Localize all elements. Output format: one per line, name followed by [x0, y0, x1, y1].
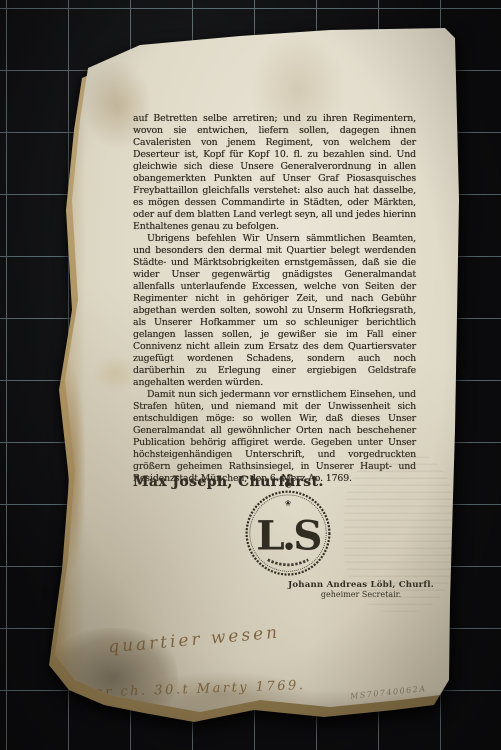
photo-stage: auf Betretten selbe arretiren; und zu ih… [0, 0, 501, 750]
seal-sprig-icon: ❀ [285, 499, 291, 508]
secretary-name: Johann Andreas Löbl, Churfl. [277, 580, 445, 590]
seal-ornament-top-icon: ❦ [283, 477, 294, 492]
printed-paragraph: Ubrigens befehlen Wir Unsern sämmtlichen… [133, 233, 416, 389]
secretary-title: geheimer Secretair. [277, 590, 445, 599]
left-edge-stain [52, 44, 86, 704]
paper-page: auf Betretten selbe arretiren; und zu ih… [52, 24, 462, 724]
secretary-attestation: Johann Andreas Löbl, Churfl. geheimer Se… [277, 580, 445, 599]
handwritten-note-1: quartier wesen [107, 623, 280, 658]
seal-ls-monogram: L.S [256, 512, 320, 560]
top-center-waterstain [248, 30, 348, 150]
locus-sigilli-seal: ❦ ❀ L.S [242, 475, 334, 582]
top-left-stain [82, 60, 152, 150]
seal-garland-icon [268, 560, 308, 565]
printed-paragraph: auf Betretten selbe arretiren; und zu ih… [133, 113, 416, 233]
seal-inner-ring [250, 495, 326, 571]
seal-graphic: ❦ ❀ L.S [242, 475, 334, 582]
document-sheet: auf Betretten selbe arretiren; und zu ih… [52, 24, 462, 724]
elector-signature: Max Joseph, Churfürst. [133, 474, 324, 490]
printed-text-block: auf Betretten selbe arretiren; und zu ih… [133, 113, 416, 485]
printed-paragraph: Damit nun sich jedermann vor ernstlichem… [133, 389, 416, 485]
margin-abrasion [92, 354, 138, 394]
seal-outer-ring [247, 492, 330, 575]
ink-bleedthrough [344, 452, 456, 612]
